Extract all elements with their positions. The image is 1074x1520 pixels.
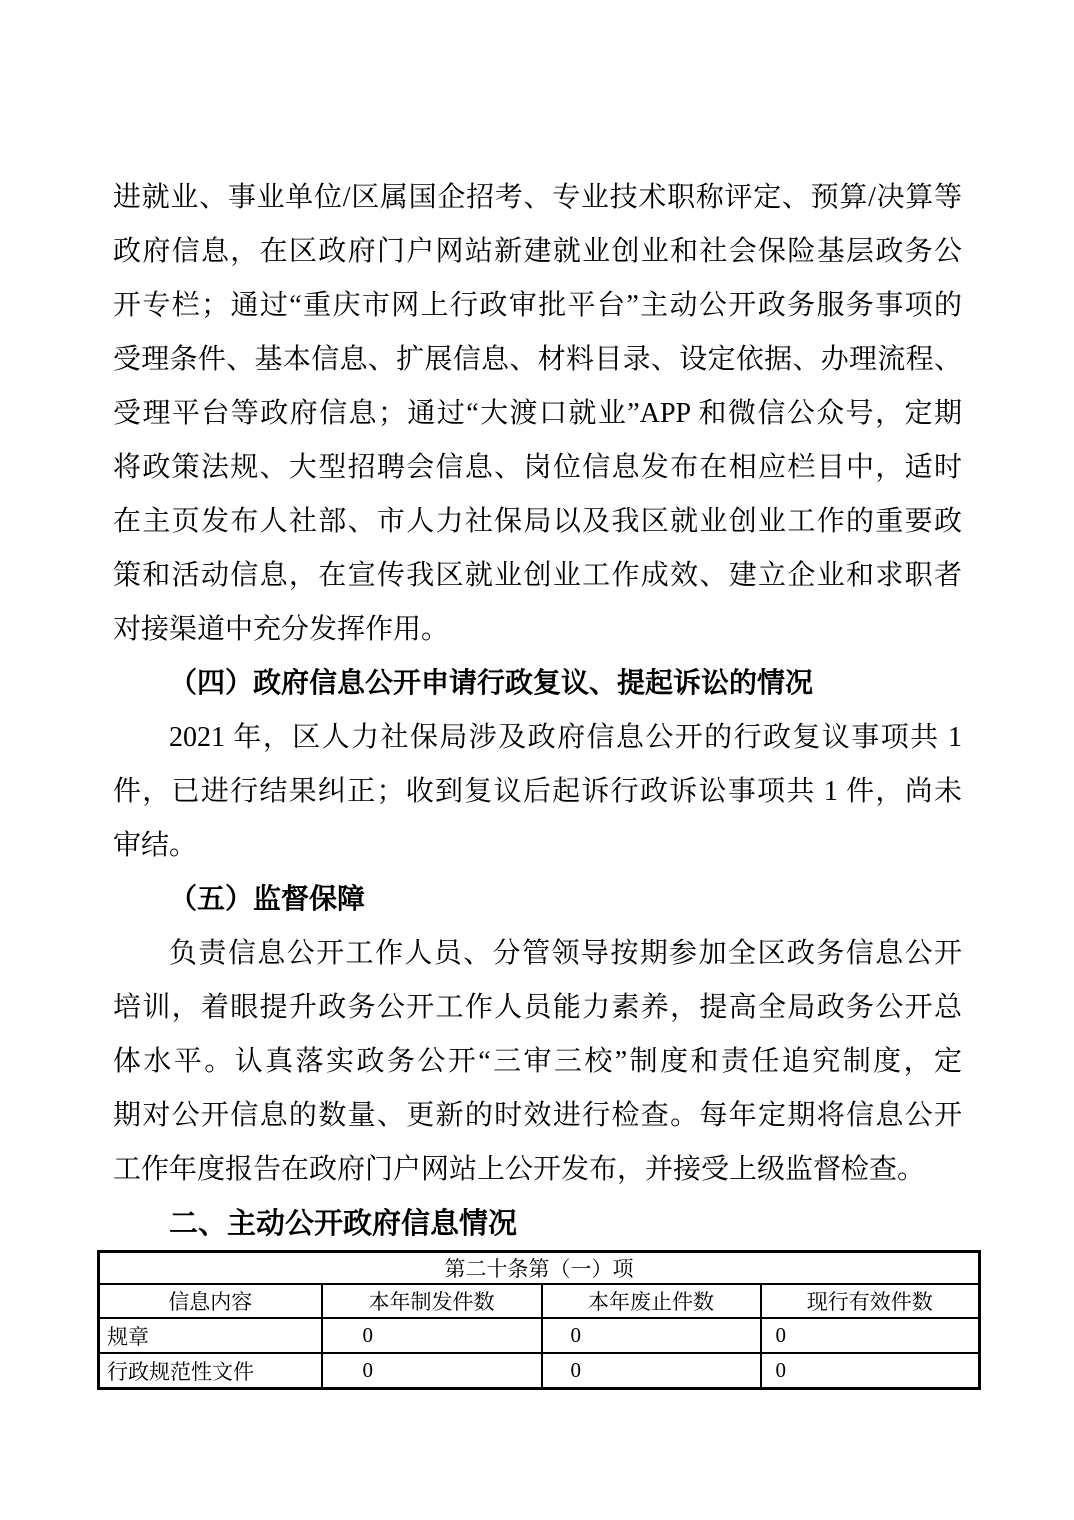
table-row: 规章 0 0 0 — [99, 1318, 980, 1353]
column-header-abolished-count: 本年废止件数 — [542, 1284, 761, 1318]
body-line: 开专栏；通过“重庆市网上行政审批平台”主动公开政务服务事项的 — [113, 279, 962, 333]
body-line: 件，已进行结果纠正；收到复议后起诉行政诉讼事项共 1 件，尚未 — [113, 765, 962, 819]
body-line: 负责信息公开工作人员、分管领导按期参加全区政务信息公开 — [113, 927, 962, 981]
cell-value: 0 — [761, 1318, 980, 1353]
section-heading-5: （五）监督保障 — [113, 873, 962, 927]
table-caption-row: 第二十条第（一）项 — [99, 1252, 980, 1285]
body-line: 工作年度报告在政府门户网站上公开发布，并接受上级监督检查。 — [113, 1143, 962, 1197]
body-line: 对接渠道中充分发挥作用。 — [113, 603, 962, 657]
cell-value: 0 — [322, 1353, 542, 1389]
body-line: 受理平台等政府信息；通过“大渡口就业”APP 和微信公众号，定期 — [113, 387, 962, 441]
column-header-info-content: 信息内容 — [99, 1284, 322, 1318]
table-header-row: 信息内容 本年制发件数 本年废止件数 现行有效件数 — [99, 1284, 980, 1318]
row-label: 规章 — [99, 1318, 322, 1353]
row-label: 行政规范性文件 — [99, 1353, 322, 1389]
body-line: 受理条件、基本信息、扩展信息、材料目录、设定依据、办理流程、 — [113, 333, 962, 387]
column-header-issued-count: 本年制发件数 — [322, 1284, 542, 1318]
body-line: 在主页发布人社部、市人力社保局以及我区就业创业工作的重要政 — [113, 495, 962, 549]
part-heading-2: 二、主动公开政府信息情况 — [113, 1197, 962, 1251]
cell-value: 0 — [761, 1353, 980, 1389]
body-line: 审结。 — [113, 819, 962, 873]
cell-value: 0 — [542, 1318, 761, 1353]
section-heading-4: （四）政府信息公开申请行政复议、提起诉讼的情况 — [113, 657, 962, 711]
table-caption: 第二十条第（一）项 — [99, 1252, 980, 1285]
body-line: 2021 年，区人力社保局涉及政府信息公开的行政复议事项共 1 — [113, 711, 962, 765]
cell-value: 0 — [322, 1318, 542, 1353]
disclosure-table: 第二十条第（一）项 信息内容 本年制发件数 本年废止件数 现行有效件数 规章 0… — [97, 1250, 981, 1390]
table-row: 行政规范性文件 0 0 0 — [99, 1353, 980, 1389]
body-line: 培训，着眼提升政务公开工作人员能力素养，提高全局政务公开总 — [113, 981, 962, 1035]
body-line: 期对公开信息的数量、更新的时效进行检查。每年定期将信息公开 — [113, 1089, 962, 1143]
body-line: 策和活动信息，在宣传我区就业创业工作成效、建立企业和求职者 — [113, 549, 962, 603]
body-line: 政府信息，在区政府门户网站新建就业创业和社会保险基层政务公 — [113, 225, 962, 279]
column-header-valid-count: 现行有效件数 — [761, 1284, 980, 1318]
body-line: 将政策法规、大型招聘会信息、岗位信息发布在相应栏目中，适时 — [113, 441, 962, 495]
body-line: 体水平。认真落实政务公开“三审三校”制度和责任追究制度，定 — [113, 1035, 962, 1089]
body-line: 进就业、事业单位/区属国企招考、专业技术职称评定、预算/决算等 — [113, 171, 962, 225]
document-page: 进就业、事业单位/区属国企招考、专业技术职称评定、预算/决算等 政府信息，在区政… — [0, 0, 1074, 1520]
cell-value: 0 — [542, 1353, 761, 1389]
document-body: 进就业、事业单位/区属国企招考、专业技术职称评定、预算/决算等 政府信息，在区政… — [113, 171, 962, 1251]
